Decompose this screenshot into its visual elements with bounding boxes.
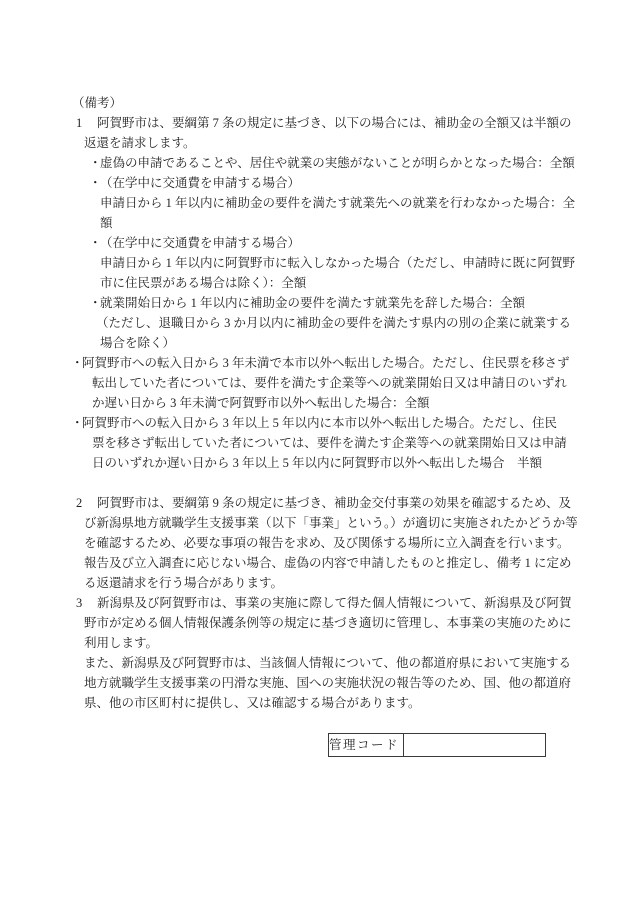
- item-3-number: 3: [76, 593, 97, 613]
- item-1-number: 1: [76, 113, 97, 133]
- item-3-text: 新潟県及び阿賀野市は、事業の実施に際して得た個人情報について、新潟県及び阿賀: [97, 596, 572, 610]
- bullet-text: 阿賀野市への転入日から 3 年以上 5 年以内に本市以外へ転出した場合。ただし、…: [82, 416, 557, 430]
- management-code-label: 管理コード: [329, 734, 404, 757]
- bullet-line: 申請日から 1 年以内に補助金の要件を満たす就業先への就業を行わなかった場合：全: [100, 193, 630, 213]
- bullet-line: 転出していた者については、要件を満たす企業等への就業開始日又は申請日のいずれ: [92, 373, 630, 393]
- item-3-line: また、新潟県及び阿賀野市は、当該個人情報について、他の都道府県において実施する: [84, 653, 630, 673]
- item-3-line: 地方就職学生支援事業の円滑な実施、国への実施状況の報告等のため、国、他の都道府: [84, 673, 630, 693]
- bullet-line: 票を移さず転出していた者については、要件を満たす企業等への就業開始日又は申請: [92, 433, 630, 453]
- item-2-text: 阿賀野市は、要綱第 9 条の規定に基づき、補助金交付事業の効果を確認するため、及: [97, 496, 571, 510]
- bullet-line: （ただし、退職日から 3 か月以内に補助金の要件を満たす県内の別の企業に就業する: [96, 313, 630, 333]
- management-code-value: [404, 734, 546, 757]
- bullet-line: か遅い日から 3 年未満で阿賀野市以外へ転出した場合：全額: [92, 393, 630, 413]
- bullet-line: 額: [100, 213, 630, 233]
- item-1-text: 阿賀野市は、要綱第 7 条の規定に基づき、以下の場合には、補助金の全額又は半額の: [97, 116, 572, 130]
- bullet-icon: ・: [89, 153, 100, 173]
- management-code-table: 管理コード: [328, 733, 546, 757]
- blank-line: [0, 473, 630, 493]
- bullet-icon: ・: [71, 353, 82, 373]
- bullet-line: 場合を除く）: [100, 333, 630, 353]
- item-2-line: を確認するため、必要な事項の報告を求め、及び関係する場所に立入調査を行います。: [84, 533, 630, 553]
- remarks-heading: （備考）: [72, 93, 630, 113]
- item-3-line: 利用します。: [84, 633, 630, 653]
- bullet-line: ・虚偽の申請であることや、居住や就業の実態がないことが明らかとなった場合：全額: [89, 153, 630, 173]
- item-2-line: る返還請求を行う場合があります。: [84, 573, 630, 593]
- item-1-line: 返還を請求します。: [84, 133, 630, 153]
- item-2-line: 報告及び立入調査に応じない場合、虚偽の内容で申請したものと推定し、備考 1 に定…: [84, 553, 630, 573]
- bullet-text: 虚偽の申請であることや、居住や就業の実態がないことが明らかとなった場合：全額: [100, 156, 575, 170]
- bullet-icon: ・: [89, 233, 100, 253]
- bullet-line: 申請日から 1 年以内に阿賀野市に転入しなかった場合（ただし、申請時に既に阿賀野: [100, 253, 630, 273]
- item-3-line: 3新潟県及び阿賀野市は、事業の実施に際して得た個人情報について、新潟県及び阿賀: [76, 593, 630, 613]
- item-2-line: 2阿賀野市は、要綱第 9 条の規定に基づき、補助金交付事業の効果を確認するため、…: [76, 493, 630, 513]
- bullet-line: ・（在学中に交通費を申請する場合）: [89, 233, 630, 253]
- bullet-text: （在学中に交通費を申請する場合）: [100, 176, 300, 190]
- bullet-line: ・就業開始日から 1 年以内に補助金の要件を満たす就業先を辞した場合：全額: [89, 293, 630, 313]
- bullet-icon: ・: [89, 173, 100, 193]
- document-page: （備考） 1阿賀野市は、要綱第 7 条の規定に基づき、以下の場合には、補助金の全…: [0, 0, 630, 903]
- item-3-line: 野市が定める個人情報保護条例等の規定に基づき適切に管理し、本事業の実施のために: [84, 613, 630, 633]
- item-2-line: び新潟県地方就職学生支援事業（以下「事業」という。）が適切に実施されたかどうか等: [84, 513, 630, 533]
- bullet-text: 就業開始日から 1 年以内に補助金の要件を満たす就業先を辞した場合：全額: [100, 296, 525, 310]
- bullet-line: ・（在学中に交通費を申請する場合）: [89, 173, 630, 193]
- item-3-line: 県、他の市区町村に提供し、又は確認する場合があります。: [84, 693, 630, 713]
- bullet-text: （在学中に交通費を申請する場合）: [100, 236, 300, 250]
- bullet-line: ・阿賀野市への転入日から 3 年未満で本市以外へ転出した場合。ただし、住民票を移…: [71, 353, 630, 373]
- item-2-number: 2: [76, 493, 97, 513]
- bullet-icon: ・: [89, 293, 100, 313]
- bullet-line: 市に住民票がある場合は除く）：全額: [100, 273, 630, 293]
- bullet-text: 阿賀野市への転入日から 3 年未満で本市以外へ転出した場合。ただし、住民票を移さ…: [82, 356, 570, 370]
- table-row: 管理コード: [329, 734, 546, 757]
- bullet-line: 日のいずれか遅い日から 3 年以上 5 年以内に阿賀野市以外へ転出した場合 半額: [92, 453, 630, 473]
- bullet-icon: ・: [71, 413, 82, 433]
- bullet-line: ・阿賀野市への転入日から 3 年以上 5 年以内に本市以外へ転出した場合。ただし…: [71, 413, 630, 433]
- item-1-line: 1阿賀野市は、要綱第 7 条の規定に基づき、以下の場合には、補助金の全額又は半額…: [76, 113, 630, 133]
